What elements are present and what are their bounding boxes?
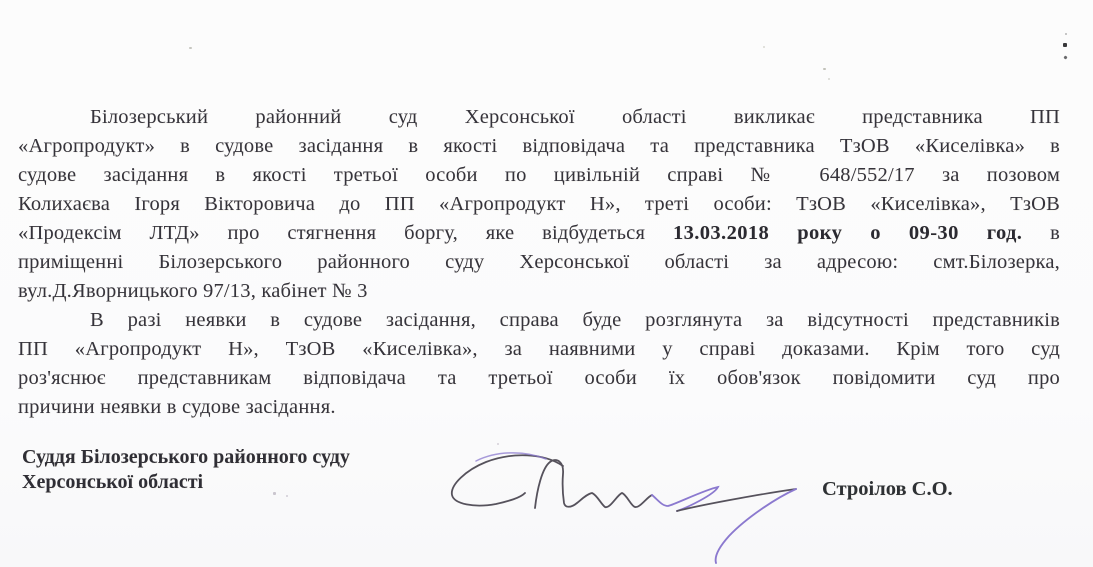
text-segment: Білозерський районний суд Херсонської об… bbox=[90, 106, 1060, 128]
court-summons-page: Білозерський районний суд Херсонської об… bbox=[0, 0, 1093, 567]
judge-title: Суддя Білозерського районного суду Херсо… bbox=[22, 445, 350, 495]
text-line: причини неявки в судове засідання. bbox=[18, 393, 1060, 422]
signature-handwritten bbox=[424, 440, 824, 567]
text-segment: «Продексім ЛТД» про стягнення боргу, яке… bbox=[18, 222, 673, 244]
scan-artifact bbox=[189, 47, 192, 49]
document-body: Білозерський районний суд Херсонської об… bbox=[18, 103, 1060, 422]
text-line: ПП «Агропродукт Н», ТзОВ «Киселівка», за… bbox=[18, 335, 1060, 364]
text-segment: в bbox=[1022, 222, 1060, 244]
scan-artifact bbox=[763, 46, 765, 48]
text-segment: В разі неявки в судове засідання, справа… bbox=[90, 309, 1060, 331]
paragraph-absence-warning: В разі неявки в судове засідання, справа… bbox=[18, 306, 1060, 422]
text-line: Білозерський районний суд Херсонської об… bbox=[18, 103, 1060, 132]
scan-artifact bbox=[828, 78, 830, 80]
judge-title-line2: Херсонської області bbox=[22, 470, 350, 495]
scan-artifact bbox=[1063, 55, 1067, 59]
scan-artifact bbox=[823, 68, 826, 70]
text-segment: «Агропродукт» в судове засідання в якост… bbox=[18, 135, 1060, 157]
text-line-with-date: «Продексім ЛТД» про стягнення боргу, яке… bbox=[18, 219, 1060, 248]
text-line: «Агропродукт» в судове засідання в якост… bbox=[18, 132, 1060, 161]
scan-artifact bbox=[286, 495, 288, 497]
text-line: судове засідання в якості третьої особи … bbox=[18, 161, 1060, 190]
text-line: В разі неявки в судове засідання, справа… bbox=[18, 306, 1060, 335]
text-segment: вул.Д.Яворницького 97/13, кабінет № 3 bbox=[18, 280, 368, 302]
text-line: приміщенні Білозерського районного суду … bbox=[18, 248, 1060, 277]
text-line: роз'яснює представникам відповідача та т… bbox=[18, 364, 1060, 393]
scan-artifact bbox=[1065, 33, 1067, 35]
hearing-date-time: 13.03.2018 року о 09-30 год. bbox=[673, 222, 1022, 244]
scan-artifact bbox=[1063, 43, 1067, 47]
text-segment: судове засідання в якості третьої особи … bbox=[18, 164, 1060, 186]
scan-artifact bbox=[497, 443, 499, 445]
judge-name: Строілов С.О. bbox=[822, 477, 953, 501]
paragraph-summons: Білозерський районний суд Херсонської об… bbox=[18, 103, 1060, 306]
text-segment: причини неявки в судове засідання. bbox=[18, 396, 336, 418]
scan-artifact bbox=[273, 492, 276, 495]
text-line: Колихаєва Ігоря Вікторовича до ПП «Агроп… bbox=[18, 190, 1060, 219]
text-segment: роз'яснює представникам відповідача та т… bbox=[18, 367, 1060, 389]
court-address-line: вул.Д.Яворницького 97/13, кабінет № 3 bbox=[18, 277, 1060, 306]
text-segment: Колихаєва Ігоря Вікторовича до ПП «Агроп… bbox=[18, 193, 1060, 215]
text-segment: приміщенні Білозерського районного суду … bbox=[18, 251, 1060, 273]
text-segment: ПП «Агропродукт Н», ТзОВ «Киселівка», за… bbox=[18, 338, 1060, 360]
judge-title-line1: Суддя Білозерського районного суду bbox=[22, 445, 350, 470]
